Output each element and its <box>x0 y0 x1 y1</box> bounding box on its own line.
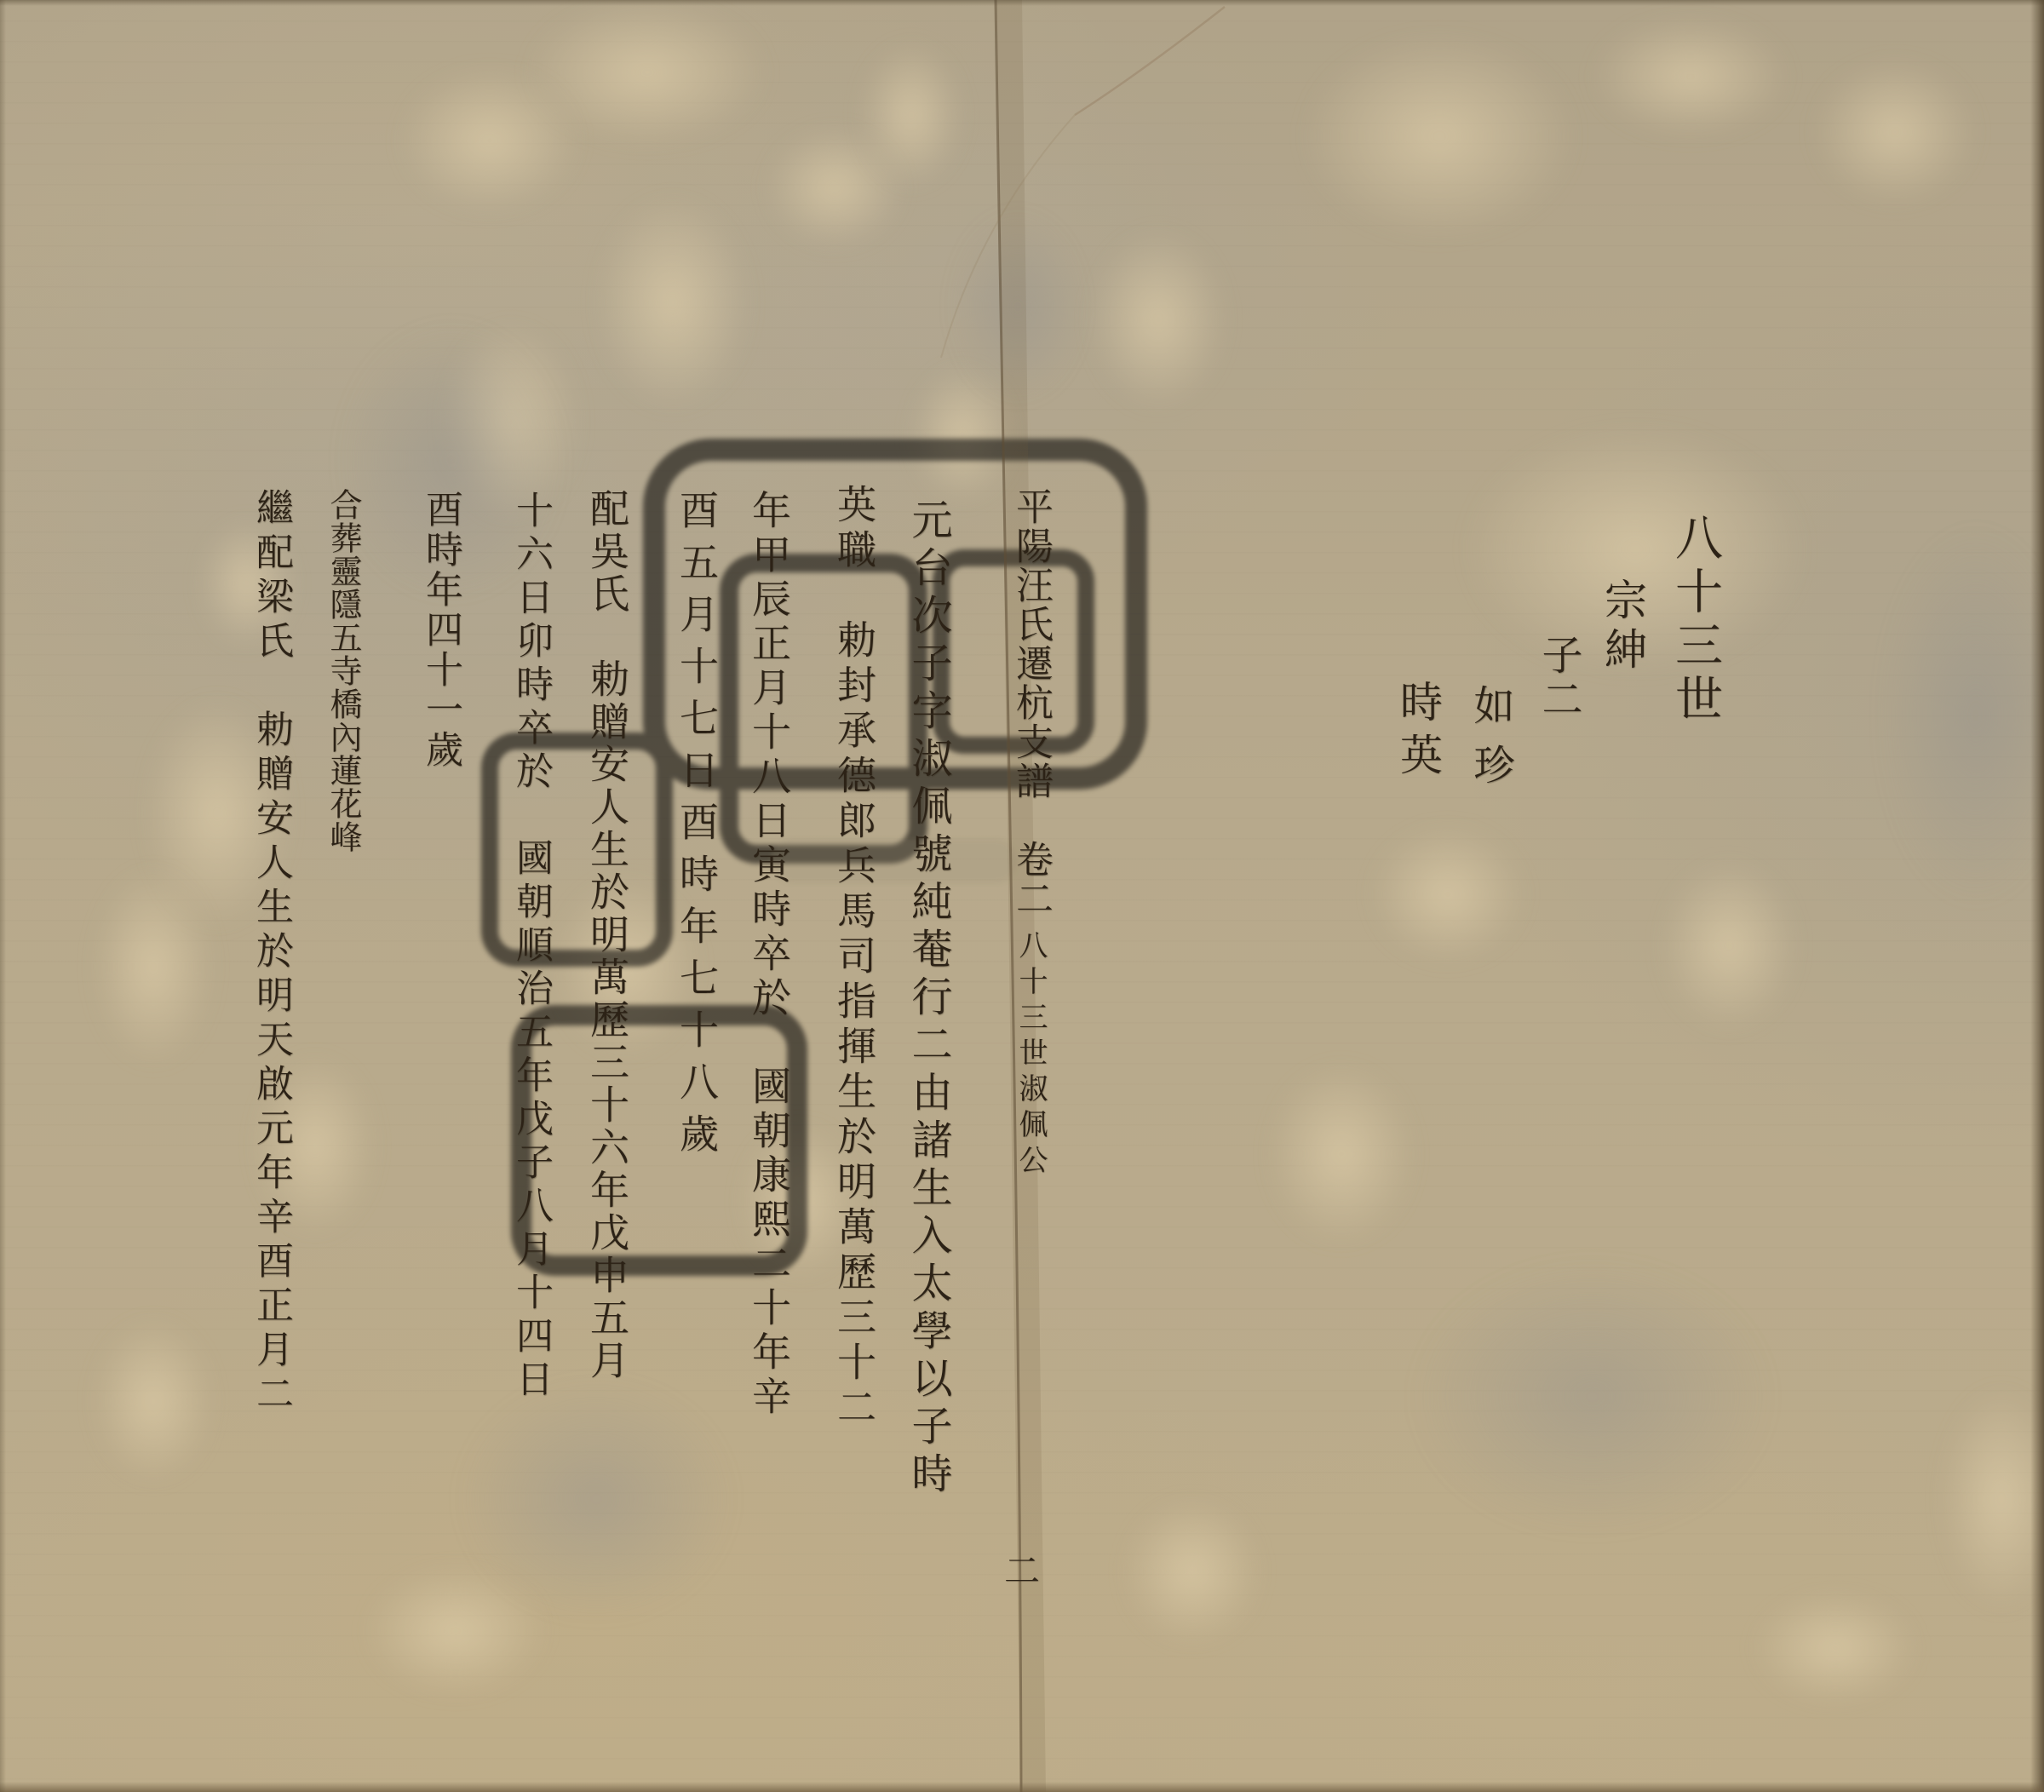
generation-heading: 八十三世 <box>1671 513 1719 727</box>
top-page-edge <box>0 0 2044 6</box>
book-title: 平陽汪氏遷杭支譜 卷二 <box>1009 487 1053 918</box>
sons-count-label: 子二 <box>1538 634 1579 722</box>
entry-column: 酉時年四十一歲 <box>422 490 459 770</box>
entry-column: 年甲辰正月十八日寅時卒於 國朝康熙二十年辛 <box>749 490 789 1420</box>
son-name-1: 如珍 <box>1470 684 1511 803</box>
section-label: 八十三世淑佩公 <box>1016 930 1045 1180</box>
entry-column: 合葬靈隱五寺橋內蓮花峰 <box>327 488 359 853</box>
entry-column: 元台次子字淑佩號純菴行二由諸生入太學以子時 <box>908 498 949 1500</box>
volume-title-column: 平陽汪氏遷杭支譜 卷二八十三世淑佩公 <box>1012 487 1049 1180</box>
entry-column: 繼配梁氏 勅贈安人生於明天啟元年辛酉正月二 <box>252 488 290 1418</box>
entry-column: 英職 勅封承德郎兵馬司指揮生於明萬歷三十二 <box>835 484 874 1432</box>
bottom-page-edge <box>0 1782 2044 1792</box>
folio-number: 二 <box>1002 1552 1037 1588</box>
left-page-edge <box>0 0 6 1792</box>
entry-column: 酉五月十七日酉時年七十八歲 <box>677 490 716 1165</box>
entry-column: 配吳氏 勅贈安人生於明萬歷三十六年戊申五月 <box>588 488 627 1382</box>
person-name: 宗紳 <box>1601 577 1644 676</box>
entry-column: 十六日卯時卒於 國朝順治五年戊子八月十四日 <box>512 491 549 1403</box>
right-page-edge <box>2030 0 2044 1792</box>
book-spread-scan: 八十三世 宗紳 子二 如珍 時英 平陽汪氏遷杭支譜 卷二八十三世淑佩公 元台次子… <box>0 0 2044 1792</box>
son-name-2: 時英 <box>1397 680 1439 785</box>
